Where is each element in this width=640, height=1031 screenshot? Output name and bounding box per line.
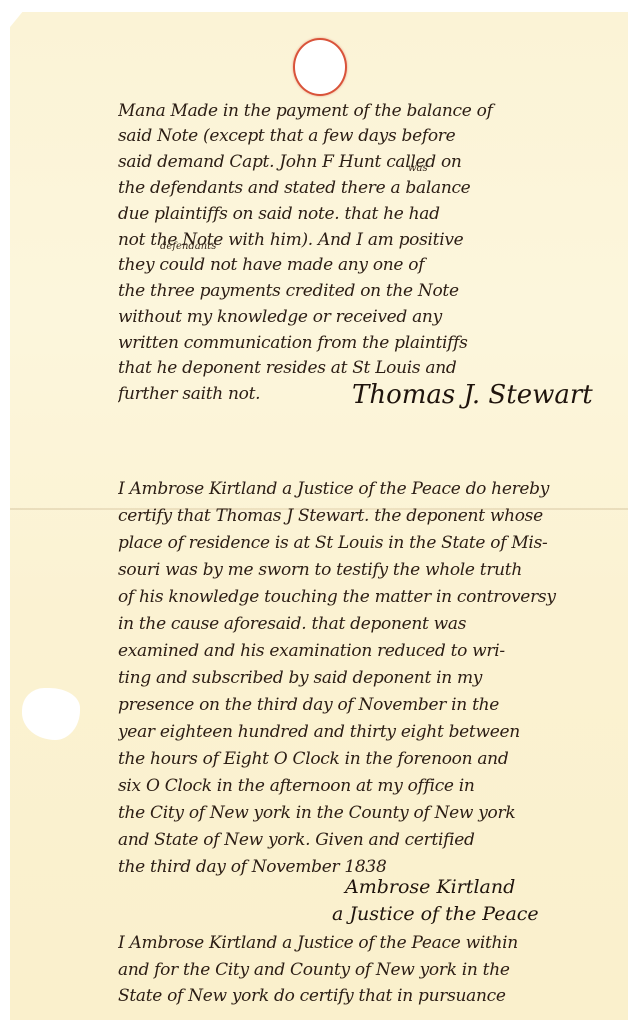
justice-title: a Justice of the Peace: [332, 903, 539, 925]
deposition-line: said demand Capt. John F Hunt called on: [118, 151, 623, 173]
certificate-line: year eighteen hundred and thirty eight b…: [118, 721, 623, 743]
certificate-line: place of residence is at St Louis in the…: [118, 532, 623, 554]
inserted-word: defendants: [160, 241, 216, 252]
certificate-line: the City of New york in the County of Ne…: [118, 802, 623, 824]
second-certificate-line: and for the City and County of New york …: [118, 959, 623, 981]
certificate-line: of his knowledge touching the matter in …: [118, 586, 623, 608]
wax-seal-mark: [293, 38, 347, 96]
certificate-line: souri was by me sworn to testify the who…: [118, 559, 623, 581]
deposition-line: the three payments credited on the Note: [118, 280, 623, 302]
certificate-line: ting and subscribed by said deponent in …: [118, 667, 623, 689]
deposition-line: said Note (except that a few days before: [118, 125, 623, 147]
deposition-line: further saith not.: [118, 383, 348, 405]
certificate-line: in the cause aforesaid. that deponent wa…: [118, 613, 623, 635]
certificate-line: certify that Thomas J Stewart. the depon…: [118, 505, 623, 527]
second-certificate-line: State of New york do certify that in pur…: [118, 985, 623, 1007]
inserted-word: was: [408, 163, 428, 174]
certificate-line: I Ambrose Kirtland a Justice of the Peac…: [118, 478, 623, 500]
deposition-line: due plaintiffs on said note. that he had: [118, 203, 623, 225]
deposition-line: without my knowledge or received any: [118, 306, 623, 328]
deposition-line: Mana Made in the payment of the balance …: [118, 100, 623, 122]
deposition-line: the defendants and stated there a balanc…: [118, 177, 623, 199]
deposition-line: that he deponent resides at St Louis and: [118, 357, 623, 379]
certificate-line: the third day of November 1838: [118, 856, 623, 878]
deposition-line: they could not have made any one of: [118, 254, 623, 276]
certificate-line: and State of New york. Given and certifi…: [118, 829, 623, 851]
certificate-line: examined and his examination reduced to …: [118, 640, 623, 662]
justice-signature: Ambrose Kirtland: [345, 876, 515, 898]
second-certificate-line: I Ambrose Kirtland a Justice of the Peac…: [118, 932, 623, 954]
deponent-signature: Thomas J. Stewart: [352, 380, 593, 410]
certificate-line: the hours of Eight O Clock in the foreno…: [118, 748, 623, 770]
certificate-line: presence on the third day of November in…: [118, 694, 623, 716]
deposition-line: written communication from the plaintiff…: [118, 332, 623, 354]
certificate-line: six O Clock in the afternoon at my offic…: [118, 775, 623, 797]
paper-hole: [22, 688, 80, 740]
